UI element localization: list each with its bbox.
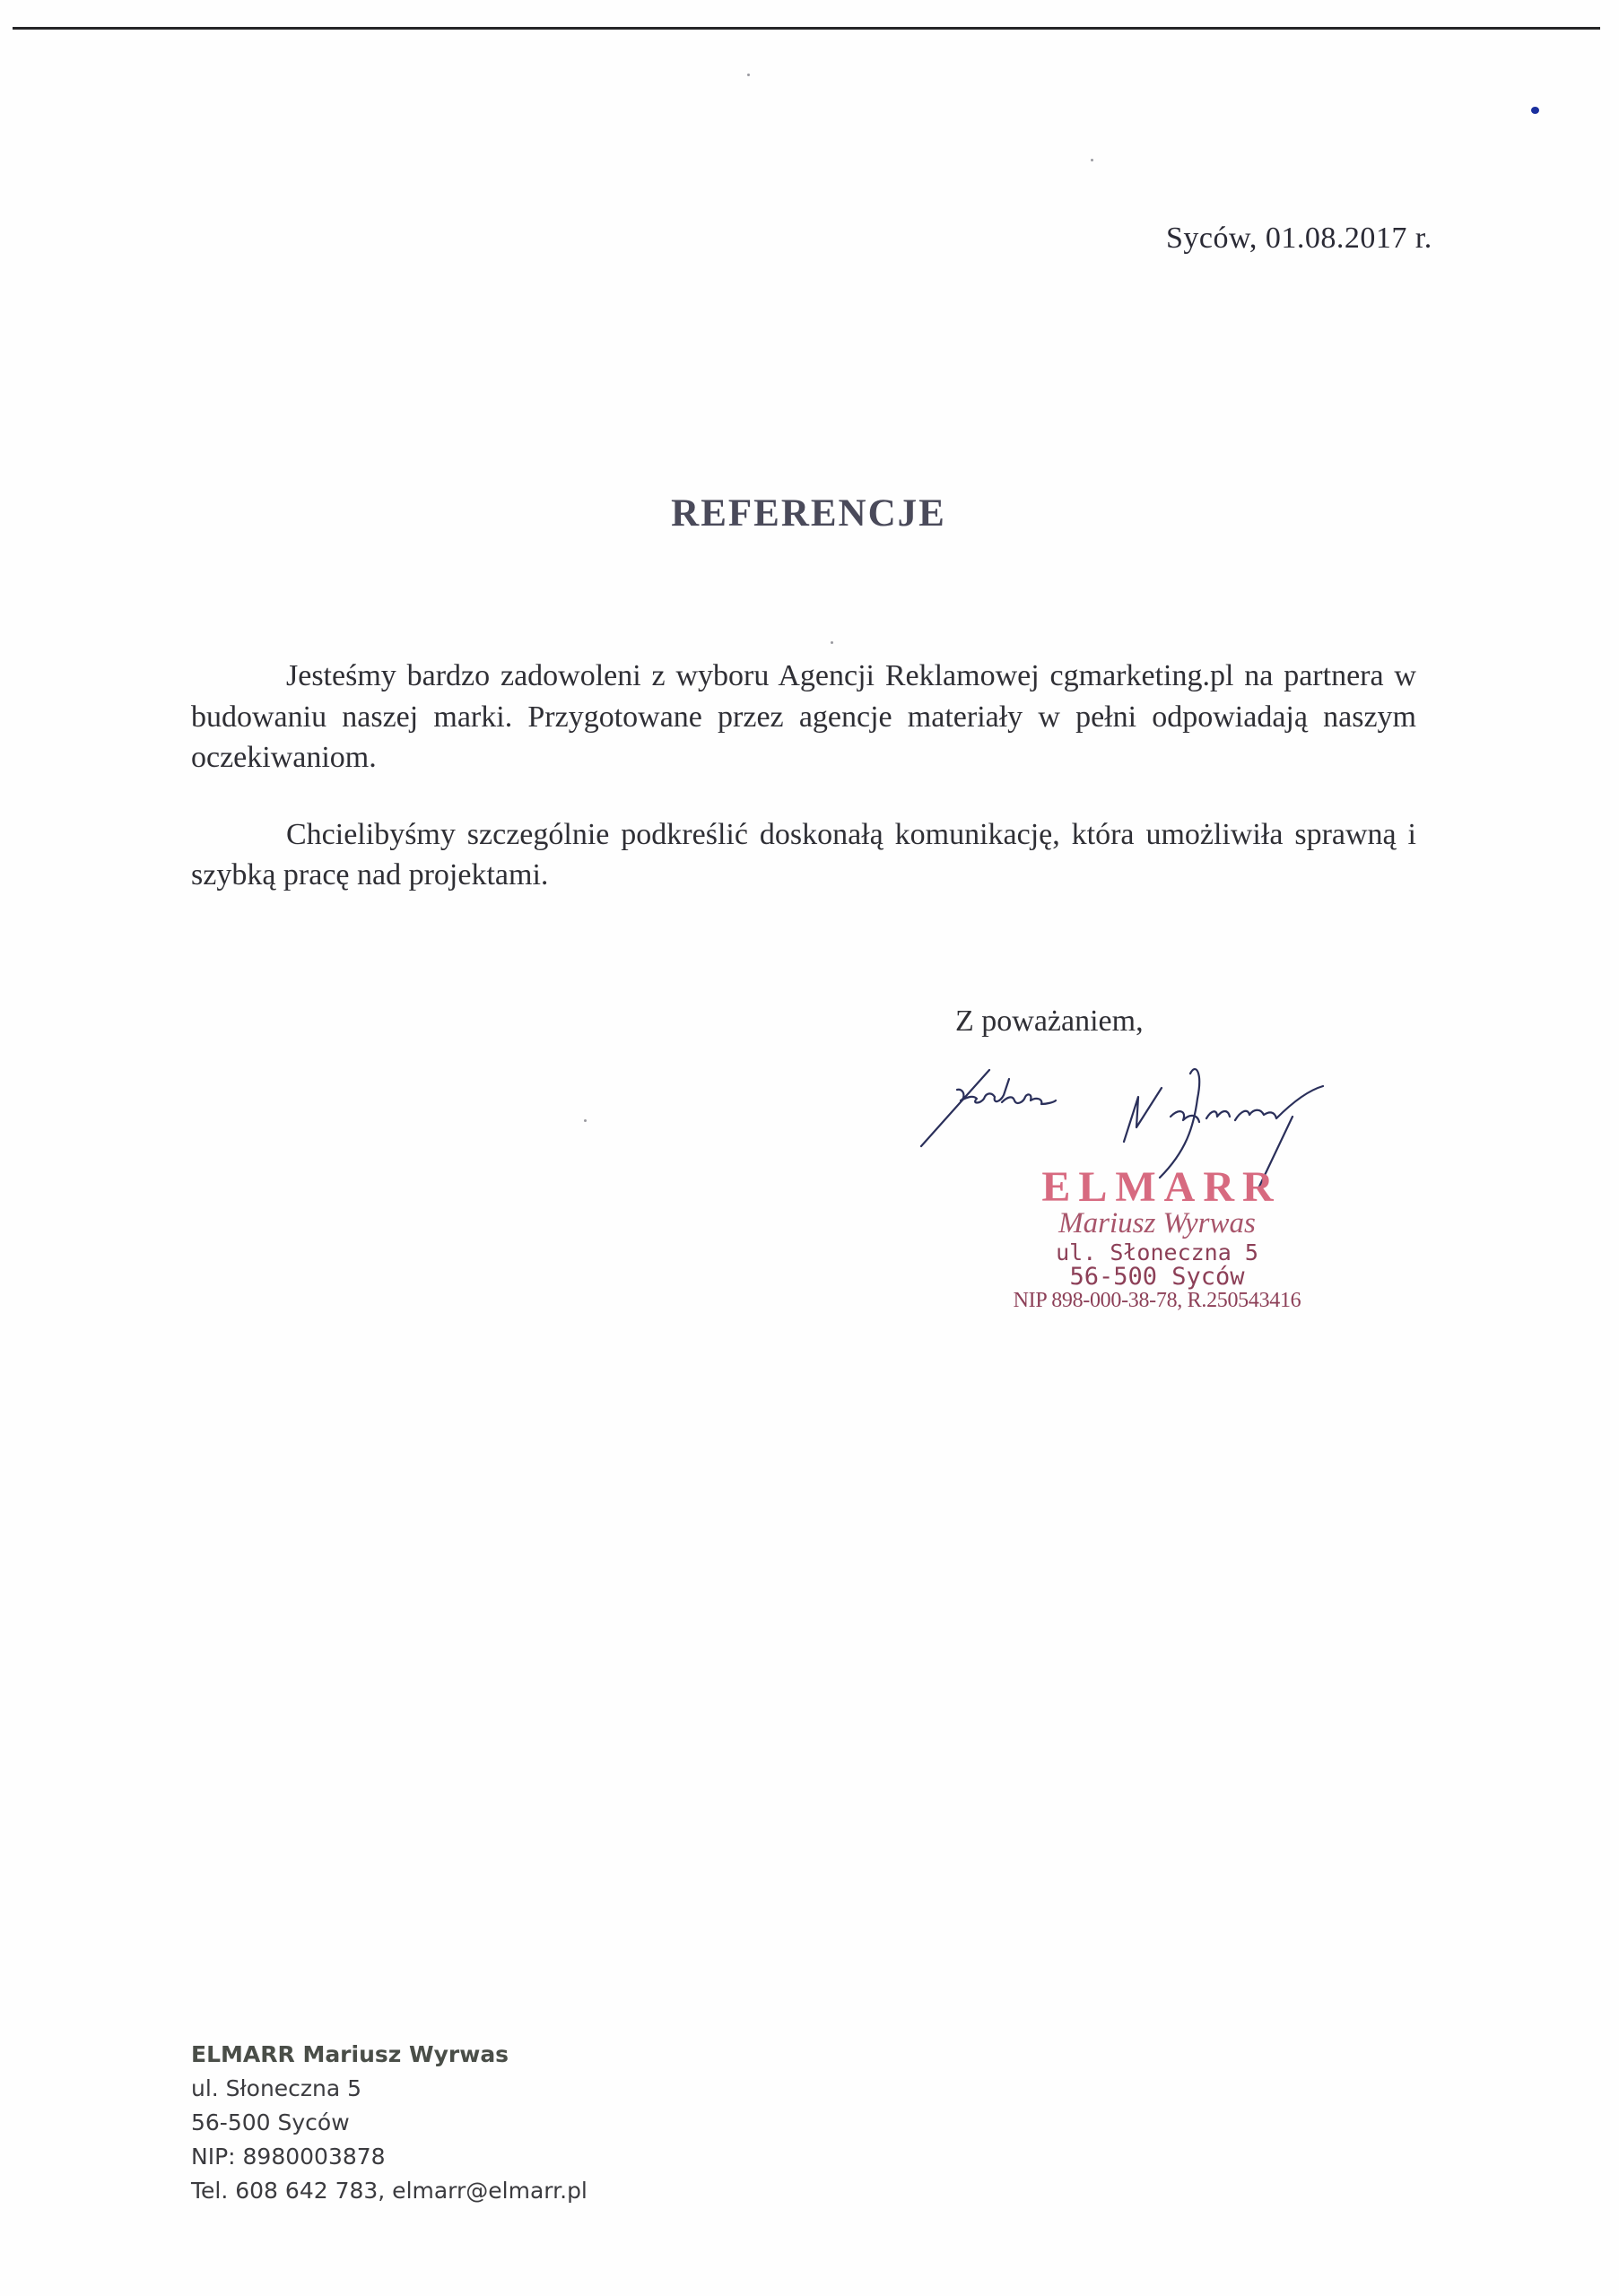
footer-nip: NIP: 8980003878 xyxy=(191,2140,588,2174)
letter-body: Jesteśmy bardzo zadowoleni z wyboru Agen… xyxy=(191,656,1416,932)
stamp-brand: ELMARR xyxy=(978,1166,1345,1209)
footer-city: 56-500 Syców xyxy=(191,2106,588,2140)
closing-salutation: Z poważaniem, xyxy=(955,1004,1144,1039)
header-rule xyxy=(13,27,1600,30)
letterhead-footer: ELMARR Mariusz Wyrwas ul. Słoneczna 5 56… xyxy=(191,2038,588,2208)
stamp-city: 56-500 Syców xyxy=(969,1265,1345,1289)
paragraph: Jesteśmy bardzo zadowoleni z wyboru Agen… xyxy=(191,656,1416,778)
footer-street: ul. Słoneczna 5 xyxy=(191,2072,588,2106)
stamp-owner: Mariusz Wyrwas xyxy=(969,1209,1345,1239)
document-title-text: REFERENCJE xyxy=(671,492,946,535)
scan-speck xyxy=(1091,159,1093,161)
footer-company: ELMARR Mariusz Wyrwas xyxy=(191,2038,588,2072)
document-title: REFERENCJE xyxy=(0,491,1619,535)
scan-speck xyxy=(584,1119,587,1122)
stamp-street: ul. Słoneczna 5 xyxy=(969,1241,1345,1264)
scan-speck xyxy=(747,74,750,76)
footer-contact: Tel. 608 642 783, elmarr@elmarr.pl xyxy=(191,2174,588,2208)
company-stamp: ELMARR Mariusz Wyrwas ul. Słoneczna 5 56… xyxy=(969,1166,1345,1311)
ink-dot xyxy=(1531,107,1539,114)
scan-speck xyxy=(831,641,833,644)
stamp-registry: NIP 898-000-38-78, R.250543416 xyxy=(969,1290,1345,1311)
date-line: Syców, 01.08.2017 r. xyxy=(1166,222,1432,256)
paragraph: Chcielibyśmy szczególnie podkreślić dosk… xyxy=(191,814,1416,896)
